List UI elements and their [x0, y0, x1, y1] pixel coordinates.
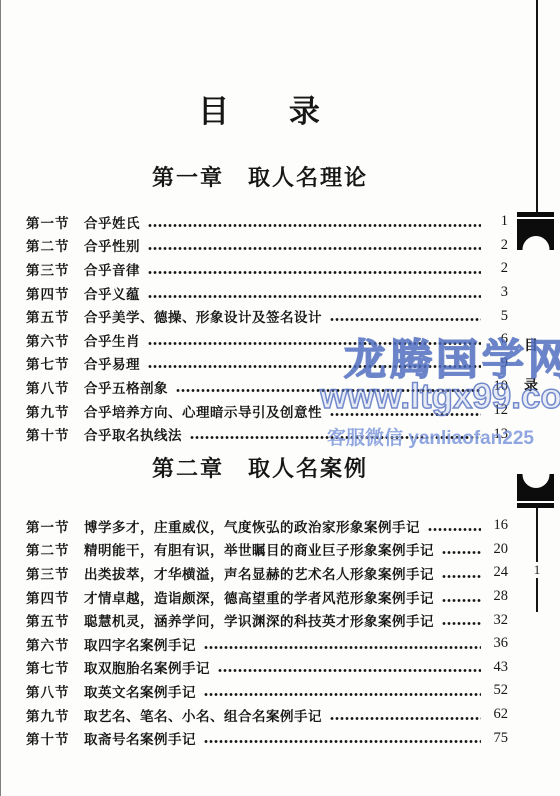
section-title: 合乎易理 — [84, 353, 140, 373]
section-title: 合乎五格剖象 — [84, 377, 168, 397]
section-label: 第三节 — [26, 259, 84, 279]
toc-row: 第五节 合乎美学、德操、形象设计及签名设计 5 — [26, 304, 508, 328]
toc-row: 第六节 合乎生肖 6 — [26, 328, 508, 352]
toc-row: 第一节 博学多才，庄重威仪，气度恢弘的政治家形象案例手记 16 — [26, 514, 508, 538]
page-number: 24 — [486, 564, 508, 581]
section-title: 博学多才，庄重威仪，气度恢弘的政治家形象案例手记 — [84, 516, 420, 536]
section-title: 精明能干，有胆有识，举世瞩目的商业巨子形象案例手记 — [84, 539, 434, 559]
page-number: 10 — [486, 378, 508, 395]
toc-row: 第四节 合乎义蕴 3 — [26, 281, 508, 305]
page-number: 6 — [486, 331, 508, 348]
section-label: 第二节 — [26, 235, 84, 255]
dot-leader — [148, 247, 481, 250]
scanned-page: 目 录 第一章 取人名理论 第一节 合乎姓氏 1 第二节 合乎性别 2 第三节 … — [0, 0, 560, 796]
section-label: 第五节 — [26, 610, 84, 630]
dot-leader — [148, 295, 481, 298]
section-label: 第十节 — [26, 424, 84, 444]
page-number: 9 — [486, 355, 508, 372]
section-label: 第八节 — [26, 377, 84, 397]
section-title: 取双胞胎名案例手记 — [84, 657, 210, 677]
section-label: 第二节 — [26, 539, 84, 559]
dot-leader — [148, 271, 481, 274]
dot-leader — [330, 318, 481, 321]
section-title: 出类拔萃，才华横溢，声名显赫的艺术名人形象案例手记 — [84, 563, 434, 583]
toc-row: 第九节 取艺名、笔名、小名、组合名案例手记 62 — [26, 703, 508, 727]
page-number: 32 — [486, 612, 508, 629]
section-label: 第四节 — [26, 283, 84, 303]
section-label: 第五节 — [26, 306, 84, 326]
dot-leader — [442, 622, 481, 625]
toc-row: 第三节 合乎音律 2 — [26, 257, 508, 281]
section-title: 合乎培养方向、心理暗示导引及创意性 — [84, 401, 322, 421]
toc-row: 第八节 取英文名案例手记 52 — [26, 679, 508, 703]
dot-leader — [204, 646, 481, 649]
dot-leader — [204, 740, 481, 743]
toc-row: 第六节 取四字名案例手记 36 — [26, 632, 508, 656]
section-label: 第十节 — [26, 728, 84, 748]
toc-row: 第七节 合乎易理 9 — [26, 352, 508, 376]
section-title: 合乎取名执线法 — [84, 424, 182, 444]
section-label: 第八节 — [26, 681, 84, 701]
page-number: 1 — [486, 213, 508, 230]
page-title: 目 录 — [0, 86, 520, 131]
section-title: 合乎义蕴 — [84, 283, 140, 303]
dot-leader — [442, 575, 481, 578]
page-number: 28 — [486, 588, 508, 605]
thumb-index-tab-top — [517, 212, 554, 250]
section-label: 第九节 — [26, 705, 84, 725]
dot-leader — [148, 224, 481, 227]
toc-list-chapter-1: 第一节 合乎姓氏 1 第二节 合乎性别 2 第三节 合乎音律 2 第四节 合乎义… — [26, 210, 508, 446]
dot-leader — [442, 551, 481, 554]
page-number: 13 — [486, 426, 508, 443]
section-label: 第九节 — [26, 401, 84, 421]
section-title: 合乎美学、德操、形象设计及签名设计 — [84, 306, 322, 326]
toc-row: 第四节 才情卓越，造诣颇深，德高望重的学者风范形象案例手记 28 — [26, 585, 508, 609]
section-title: 取斋号名案例手记 — [84, 728, 196, 748]
page-number: 2 — [486, 237, 508, 254]
dot-leader — [218, 669, 481, 672]
page-number: 3 — [486, 284, 508, 301]
section-title: 合乎性别 — [84, 235, 140, 255]
page-number: 43 — [486, 659, 508, 676]
section-label: 第一节 — [26, 516, 84, 536]
page-number: 2 — [486, 260, 508, 277]
toc-row: 第七节 取双胞胎名案例手记 43 — [26, 656, 508, 680]
section-title: 聪慧机灵，涵养学问，学识渊深的科技英才形象案例手记 — [84, 610, 434, 630]
scan-edge-line-top — [536, 0, 538, 212]
dot-leader — [190, 436, 481, 439]
toc-row: 第十节 取斋号名案例手记 75 — [26, 726, 508, 750]
section-title: 取英文名案例手记 — [84, 681, 196, 701]
toc-row: 第二节 合乎性别 2 — [26, 234, 508, 258]
section-label: 第六节 — [26, 634, 84, 654]
toc-row: 第二节 精明能干，有胆有识，举世瞩目的商业巨子形象案例手记 20 — [26, 538, 508, 562]
edge-running-title-char-2: 录 — [521, 375, 541, 395]
page-number: 20 — [486, 541, 508, 558]
toc-row: 第五节 聪慧机灵，涵养学问，学识渊深的科技英才形象案例手记 32 — [26, 608, 508, 632]
section-label: 第一节 — [26, 212, 84, 232]
toc-row: 第八节 合乎五格剖象 10 — [26, 375, 508, 399]
dot-leader — [442, 599, 481, 602]
edge-running-title-char-1: 目 — [521, 335, 541, 355]
edge-page-number: 1 — [527, 562, 547, 578]
section-label: 第七节 — [26, 657, 84, 677]
dot-leader — [330, 717, 481, 720]
chapter-2-heading: 第二章 取人名案例 — [0, 452, 520, 483]
dot-leader — [428, 528, 481, 531]
toc-row: 第九节 合乎培养方向、心理暗示导引及创意性 12 — [26, 399, 508, 423]
section-title: 才情卓越，造诣颇深，德高望重的学者风范形象案例手记 — [84, 587, 434, 607]
dot-leader — [176, 389, 481, 392]
toc-row: 第十节 合乎取名执线法 13 — [26, 422, 508, 446]
section-label: 第六节 — [26, 330, 84, 350]
toc-row: 第三节 出类拔萃，才华横溢，声名显赫的艺术名人形象案例手记 24 — [26, 561, 508, 585]
page-number: 12 — [486, 402, 508, 419]
page-number: 62 — [486, 706, 508, 723]
page-number: 75 — [486, 730, 508, 747]
page-number: 52 — [486, 682, 508, 699]
section-title: 取四字名案例手记 — [84, 634, 196, 654]
scan-edge-line-bottom — [536, 508, 538, 612]
toc-list-chapter-2: 第一节 博学多才，庄重威仪，气度恢弘的政治家形象案例手记 16 第二节 精明能干… — [26, 514, 508, 750]
section-title: 合乎生肖 — [84, 330, 140, 350]
page-number: 36 — [486, 635, 508, 652]
section-title: 取艺名、笔名、小名、组合名案例手记 — [84, 705, 322, 725]
section-label: 第三节 — [26, 563, 84, 583]
toc-row: 第一节 合乎姓氏 1 — [26, 210, 508, 234]
dot-leader — [148, 365, 481, 368]
section-label: 第四节 — [26, 587, 84, 607]
dot-leader — [204, 693, 481, 696]
chapter-1-heading: 第一章 取人名理论 — [0, 161, 520, 192]
section-title: 合乎音律 — [84, 259, 140, 279]
dot-leader — [148, 342, 481, 345]
dot-leader — [330, 413, 481, 416]
page-number: 16 — [486, 517, 508, 534]
section-title: 合乎姓氏 — [84, 212, 140, 232]
page-number: 5 — [486, 308, 508, 325]
thumb-index-tab-bottom — [517, 474, 554, 508]
section-label: 第七节 — [26, 353, 84, 373]
